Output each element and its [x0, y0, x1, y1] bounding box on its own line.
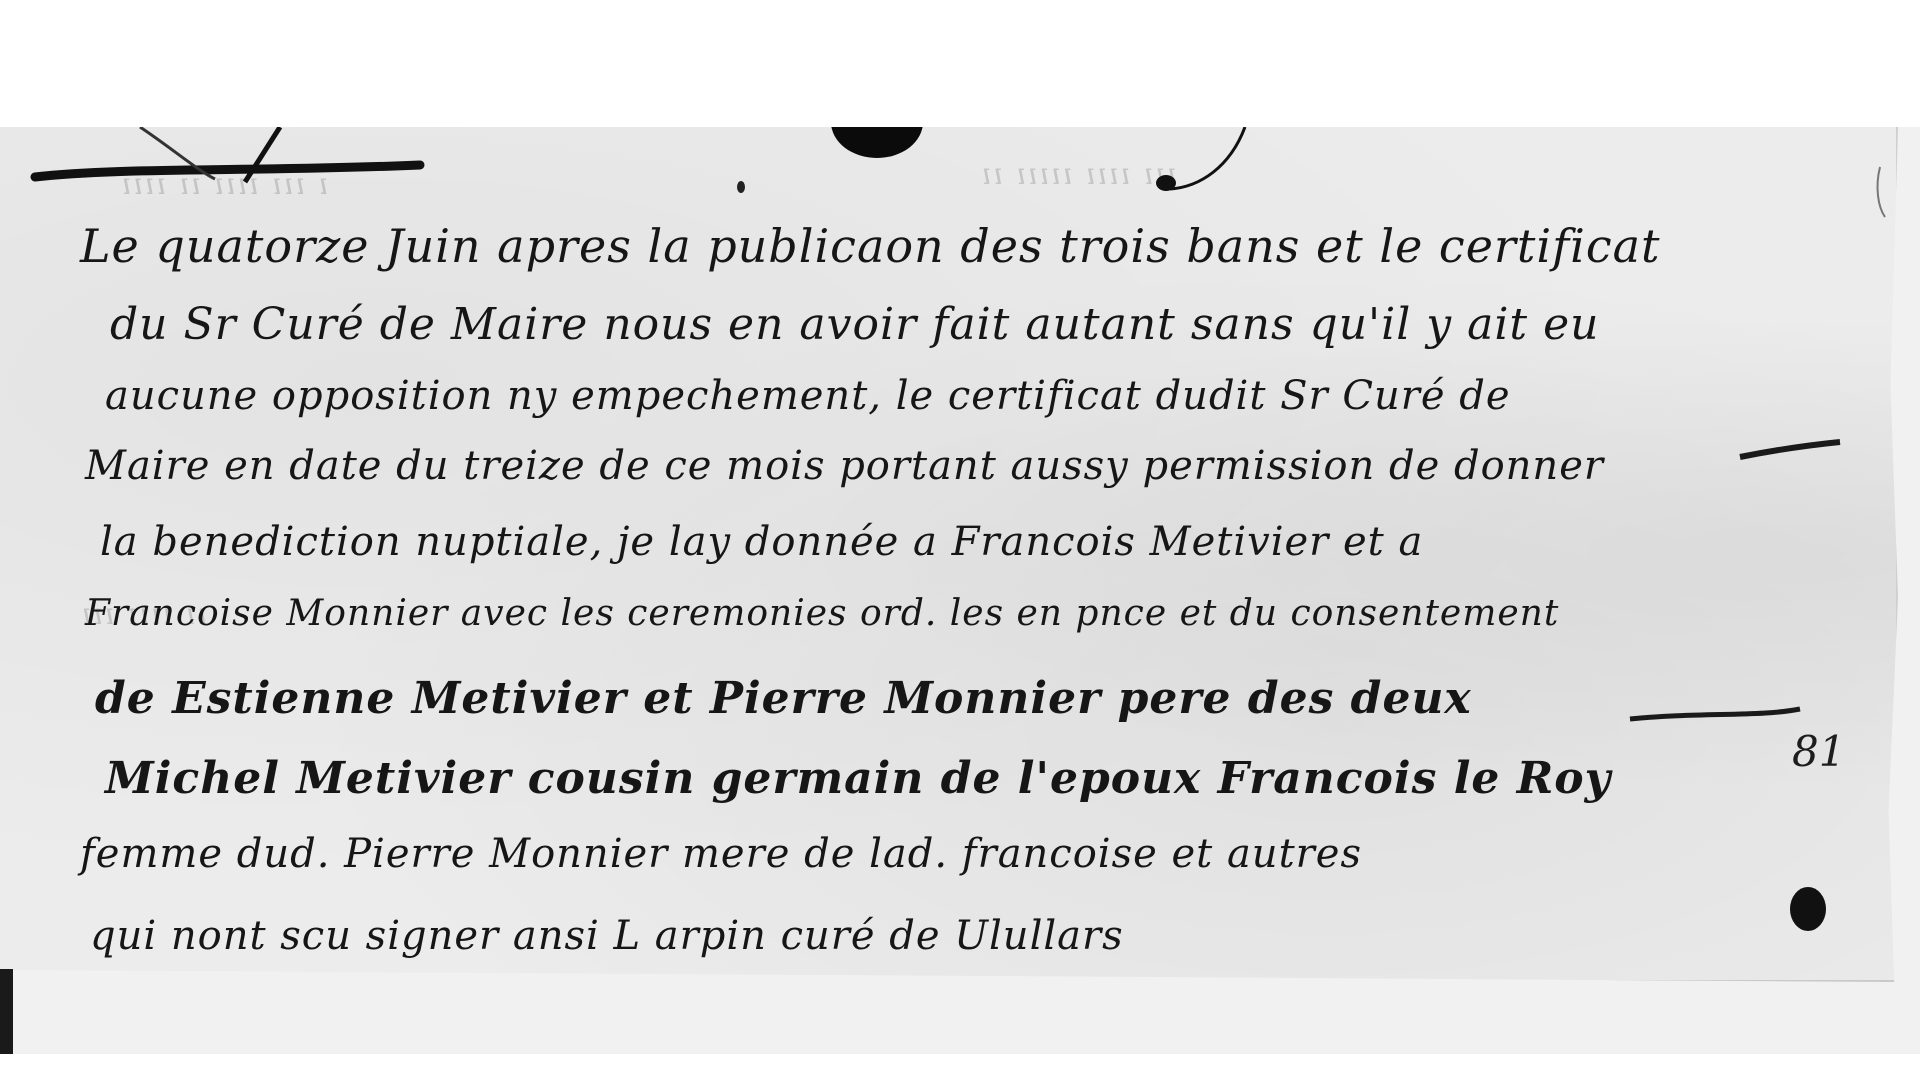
scanned-document: ı ııı ıııı ıı ıııı ııı ıııı ııııı ıı ıı …	[0, 127, 1920, 1054]
paper-sheet: ı ııı ıııı ıı ıııı ııı ıııı ııııı ıı ıı …	[0, 127, 1898, 982]
bleed-through-text: ı ııı ıııı ıı ıııı	[120, 167, 328, 202]
handwriting-line-7: de Estienne Metivier et Pierre Monnier p…	[95, 673, 1472, 724]
margin-number: 81	[1792, 727, 1845, 776]
handwriting-line-5: la benediction nuptiale, je lay donnée a…	[100, 519, 1423, 565]
handwriting-line-4: Maire en date du treize de ce mois porta…	[85, 443, 1604, 489]
handwriting-line-10: qui nont scu signer ansi L arpin curé de…	[90, 913, 1124, 959]
handwriting-line-6: Francoise Monnier avec les ceremonies or…	[85, 593, 1559, 634]
bleed-through-text: ııı ıııı ııııı ıı	[980, 157, 1177, 192]
handwriting-line-3: aucune opposition ny empechement, le cer…	[105, 373, 1511, 419]
scan-edge-shadow	[0, 969, 13, 1054]
handwriting-line-1: Le quatorze Juin apres la publicaon des …	[80, 219, 1661, 273]
handwriting-line-2: du Sr Curé de Maire nous en avoir fait a…	[110, 299, 1599, 350]
image-viewer: ı ııı ıııı ıı ıııı ııı ıııı ııııı ıı ıı …	[0, 0, 1920, 1080]
handwriting-line-8: Michel Metivier cousin germain de l'epou…	[105, 753, 1611, 804]
handwriting-line-9: femme dud. Pierre Monnier mere de lad. f…	[80, 831, 1362, 877]
